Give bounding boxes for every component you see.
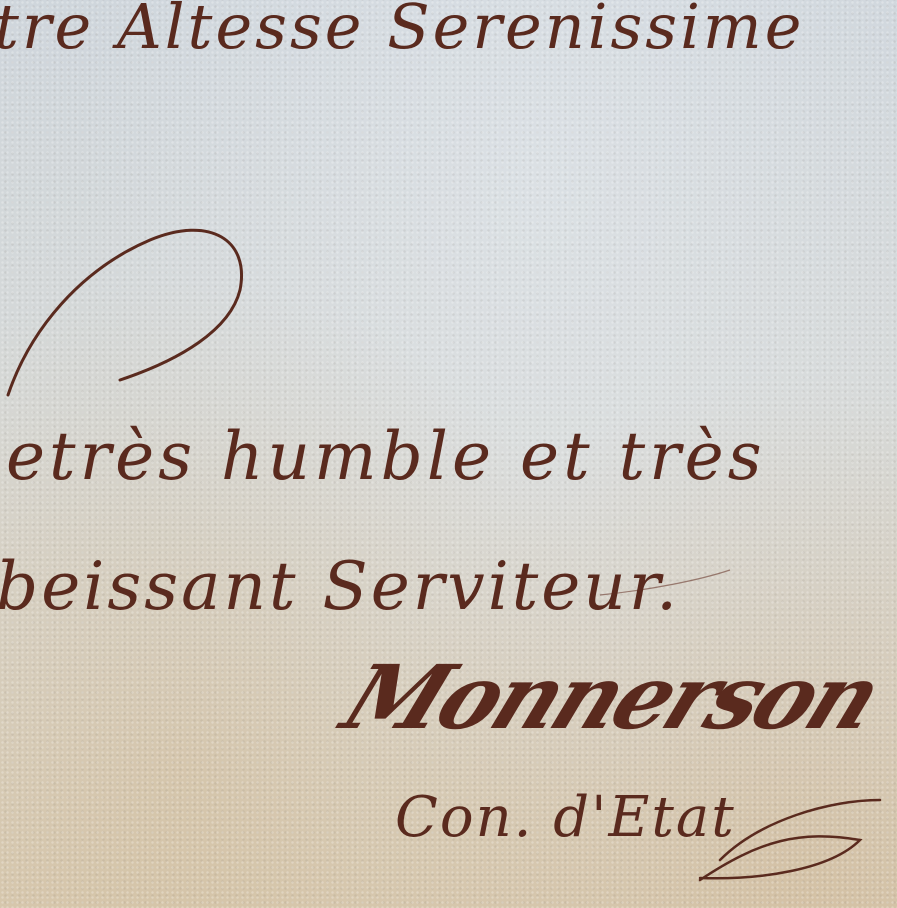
text-line-address: tre Altesse Serenissime (0, 0, 804, 63)
signatory-title: Con. d'Etat (395, 785, 736, 850)
signature: Monnerson (329, 645, 894, 749)
text-line-closing-2: beissant Serviteur. (0, 548, 680, 625)
text-line-closing-1: etrès humble et très (6, 418, 766, 495)
